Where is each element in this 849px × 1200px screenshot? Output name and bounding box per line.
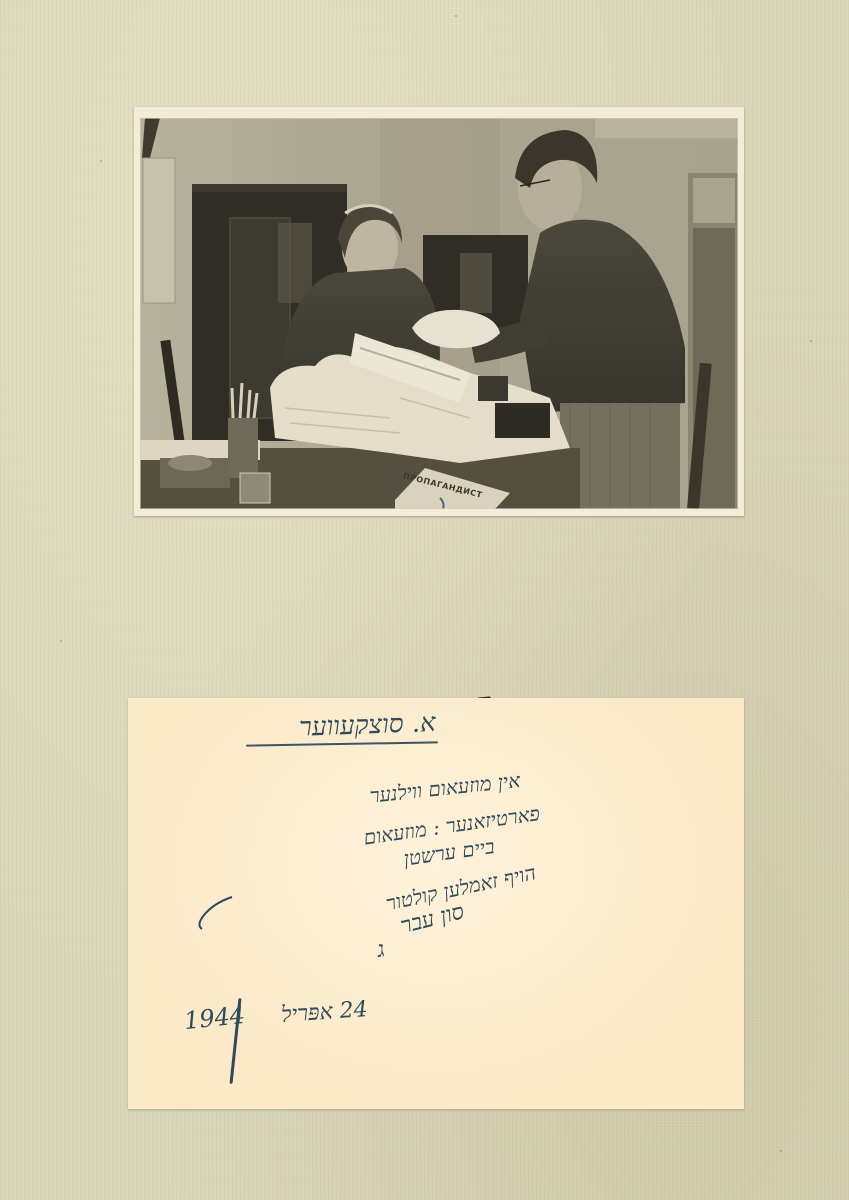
album-page: ПРОПАГАНДИСТ א. סוצקעווער אין מוזעאום וו… bbox=[0, 0, 849, 1200]
paper-speck bbox=[780, 1150, 782, 1152]
paper-speck bbox=[60, 640, 62, 642]
paper-speck bbox=[810, 340, 812, 342]
archival-photograph: ПРОПАГАНДИСТ bbox=[140, 118, 738, 509]
title-underline bbox=[246, 741, 438, 746]
caption-card: א. סוצקעווער אין מוזעאום ווילנער פארטיזא… bbox=[128, 698, 744, 1109]
photo-print: ПРОПАГАНДИСТ bbox=[134, 107, 744, 516]
caption-date: 24 אפּריל bbox=[281, 996, 369, 1028]
caption-line-6: ג bbox=[375, 936, 387, 963]
paper-speck bbox=[455, 15, 457, 17]
photo-scene bbox=[140, 118, 738, 509]
caption-line-1: אין מוזעאום ווילנער bbox=[369, 768, 522, 809]
handwriting-squiggle bbox=[194, 893, 234, 933]
caption-title: א. סוצקעווער bbox=[299, 708, 437, 743]
paper-speck bbox=[100, 160, 102, 162]
